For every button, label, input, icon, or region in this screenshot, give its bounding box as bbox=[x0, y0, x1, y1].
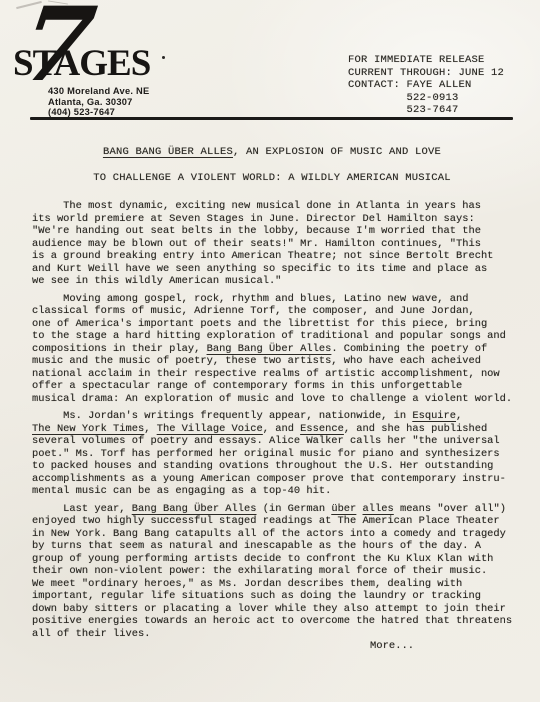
text-segment: their own non-violent power: the exhilar… bbox=[32, 565, 487, 577]
text-segment: to the stage a hard hitting exploration … bbox=[32, 330, 506, 342]
text-line: audience may be blown out of their seats… bbox=[32, 238, 512, 251]
underlined-text: Esquire bbox=[412, 410, 456, 422]
text-line: classical forms of music, Adrienne Torf,… bbox=[32, 305, 512, 318]
text-segment: several volumes of poetry and essays. Al… bbox=[32, 435, 500, 447]
text-line: accomplishments as a young American comp… bbox=[32, 473, 512, 486]
text-segment: in New York. Bang Bang catapults all of … bbox=[32, 528, 506, 540]
text-segment: Last year, bbox=[32, 503, 132, 515]
text-segment: national acclaim in their respective rea… bbox=[32, 368, 500, 380]
text-line: The New York Times, The Village Voice, a… bbox=[32, 423, 512, 436]
headline: BANG BANG ÜBER ALLES, AN EXPLOSION OF MU… bbox=[32, 139, 512, 191]
underlined-text: The New York Times bbox=[32, 423, 144, 435]
underlined-text: Bang Bang Über Alles bbox=[207, 343, 332, 355]
text-line: in New York. Bang Bang catapults all of … bbox=[32, 528, 512, 541]
text-line: compositions in their play, Bang Bang Üb… bbox=[32, 343, 512, 356]
text-segment: TO CHALLENGE A VIOLENT WORLD: A WILDLY A… bbox=[93, 172, 451, 184]
text-line: their own non-violent power: the exhilar… bbox=[32, 565, 512, 578]
text-segment: , bbox=[144, 423, 156, 435]
text-segment: , and bbox=[263, 423, 300, 435]
text-segment: 523-7647 bbox=[348, 104, 459, 116]
text-segment: down baby sitters or placating a lover w… bbox=[32, 603, 506, 615]
text-line: all of their lives. bbox=[32, 628, 512, 641]
text-line: Atlanta, Ga. 30307 bbox=[48, 97, 149, 108]
text-line: mental music can be as engaging as a top… bbox=[32, 485, 512, 498]
paragraph: Ms. Jordan's writings frequently appear,… bbox=[32, 410, 512, 498]
text-segment: musical drama: An exploration of music a… bbox=[32, 393, 512, 405]
text-segment: poet." Ms. Torf has performed her origin… bbox=[32, 448, 500, 460]
text-line: Ms. Jordan's writings frequently appear,… bbox=[32, 410, 512, 423]
text-line: "We're handing out seat belts in the lob… bbox=[32, 225, 512, 238]
text-line: Last year, Bang Bang Über Alles (in Germ… bbox=[32, 503, 512, 516]
press-release-page: 7 STAGES 430 Moreland Ave. NEAtlanta, Ga… bbox=[0, 0, 540, 702]
text-segment: compositions in their play, bbox=[32, 343, 207, 355]
text-line: TO CHALLENGE A VIOLENT WORLD: A WILDLY A… bbox=[32, 165, 512, 191]
text-segment: positive energies towards an heroic act … bbox=[32, 615, 512, 627]
text-line: enjoyed two highly successful staged rea… bbox=[32, 515, 512, 528]
underlined-text: Essence bbox=[300, 423, 344, 435]
underlined-text: BANG BANG ÜBER ALLES bbox=[103, 146, 233, 158]
text-line: positive energies towards an heroic act … bbox=[32, 615, 512, 628]
text-segment: We meet "ordinary heroes," as Ms. Jordan… bbox=[32, 578, 462, 590]
underlined-text: alles bbox=[363, 503, 394, 515]
text-segment: its world premiere at Seven Stages in Ju… bbox=[32, 213, 475, 225]
text-line: CONTACT: FAYE ALLEN bbox=[348, 79, 504, 92]
text-segment: important, regular life situations such … bbox=[32, 590, 481, 602]
text-segment: we see in this wildly American musical." bbox=[32, 275, 281, 287]
logo-dot bbox=[162, 56, 165, 59]
text-line: by turns that seem as natural and inesca… bbox=[32, 540, 512, 553]
text-line: We meet "ordinary heroes," as Ms. Jordan… bbox=[32, 578, 512, 591]
text-segment: , bbox=[456, 410, 462, 422]
text-segment: CONTACT: FAYE ALLEN bbox=[348, 79, 472, 91]
text-segment: (404) 523-7647 bbox=[48, 107, 115, 117]
underlined-text: über bbox=[331, 503, 356, 515]
text-line: several volumes of poetry and essays. Al… bbox=[32, 435, 512, 448]
text-segment: music and the music of poetry, these two… bbox=[32, 355, 481, 367]
underlined-text: Bang Bang Über Alles bbox=[132, 503, 257, 515]
text-segment: by turns that seem as natural and inesca… bbox=[32, 540, 481, 552]
header-divider bbox=[30, 117, 513, 120]
text-segment: is a ground breaking entry into American… bbox=[32, 250, 493, 262]
text-line: Moving among gospel, rock, rhythm and bl… bbox=[32, 293, 512, 306]
text-segment: The most dynamic, exciting new musical d… bbox=[32, 200, 481, 212]
text-line: 430 Moreland Ave. NE bbox=[48, 86, 149, 97]
text-segment: and Kurt Weill have we seen anything so … bbox=[32, 263, 487, 275]
text-segment: one of America's important poets and the… bbox=[32, 318, 487, 330]
text-line: musical drama: An exploration of music a… bbox=[32, 393, 512, 406]
text-segment: . Combining the poetry of bbox=[331, 343, 487, 355]
text-line: to the stage a hard hitting exploration … bbox=[32, 330, 512, 343]
text-segment: Ms. Jordan's writings frequently appear,… bbox=[32, 410, 412, 422]
text-segment: 522-0913 bbox=[348, 92, 459, 104]
text-segment: to packed houses and standing ovations t… bbox=[32, 460, 493, 472]
text-line: FOR IMMEDIATE RELEASE bbox=[348, 54, 504, 67]
text-line: BANG BANG ÜBER ALLES, AN EXPLOSION OF MU… bbox=[32, 139, 512, 165]
text-segment: mental music can be as engaging as a top… bbox=[32, 485, 331, 497]
text-segment: Moving among gospel, rock, rhythm and bl… bbox=[32, 293, 468, 305]
text-line: we see in this wildly American musical." bbox=[32, 275, 512, 288]
paragraph: Last year, Bang Bang Über Alles (in Germ… bbox=[32, 503, 512, 641]
text-line: 522-0913 bbox=[348, 92, 504, 105]
text-segment: group of young performing artists decide… bbox=[32, 553, 493, 565]
text-line: poet." Ms. Torf has performed her origin… bbox=[32, 448, 512, 461]
text-segment: accomplishments as a young American comp… bbox=[32, 473, 506, 485]
text-line: is a ground breaking entry into American… bbox=[32, 250, 512, 263]
text-line: to packed houses and standing ovations t… bbox=[32, 460, 512, 473]
underlined-text: The Village Voice bbox=[157, 423, 263, 435]
text-line: its world premiere at Seven Stages in Ju… bbox=[32, 213, 512, 226]
text-segment: Atlanta, Ga. 30307 bbox=[48, 97, 133, 107]
text-segment: offer a spectacular range of contemporar… bbox=[32, 380, 462, 392]
paragraph: The most dynamic, exciting new musical d… bbox=[32, 200, 512, 288]
text-line: music and the music of poetry, these two… bbox=[32, 355, 512, 368]
text-line: CURRENT THROUGH: JUNE 12 bbox=[348, 67, 504, 80]
text-segment: audience may be blown out of their seats… bbox=[32, 238, 481, 250]
text-line: important, regular life situations such … bbox=[32, 590, 512, 603]
text-line: The most dynamic, exciting new musical d… bbox=[32, 200, 512, 213]
text-segment: , AN EXPLOSION OF MUSIC AND LOVE bbox=[233, 146, 441, 158]
text-segment: means "over all") bbox=[394, 503, 506, 515]
text-segment: enjoyed two highly successful staged rea… bbox=[32, 515, 500, 527]
text-segment: (in German bbox=[257, 503, 332, 515]
text-line: group of young performing artists decide… bbox=[32, 553, 512, 566]
release-info: FOR IMMEDIATE RELEASECURRENT THROUGH: JU… bbox=[348, 54, 504, 117]
text-segment: CURRENT THROUGH: JUNE 12 bbox=[348, 67, 504, 79]
text-segment: , and she has published bbox=[344, 423, 487, 435]
text-line: national acclaim in their respective rea… bbox=[32, 368, 512, 381]
text-segment: FOR IMMEDIATE RELEASE bbox=[348, 54, 485, 66]
text-segment: "We're handing out seat belts in the lob… bbox=[32, 225, 481, 237]
text-line: and Kurt Weill have we seen anything so … bbox=[32, 263, 512, 276]
text-line: 523-7647 bbox=[348, 104, 504, 117]
more-indicator: More... bbox=[370, 640, 414, 652]
paragraph: Moving among gospel, rock, rhythm and bl… bbox=[32, 293, 512, 406]
text-line: offer a spectacular range of contemporar… bbox=[32, 380, 512, 393]
text-segment: classical forms of music, Adrienne Torf,… bbox=[32, 305, 475, 317]
text-segment: all of their lives. bbox=[32, 628, 150, 640]
body-paragraphs: The most dynamic, exciting new musical d… bbox=[32, 200, 512, 645]
logo-wordmark: STAGES bbox=[13, 45, 150, 82]
text-segment: 430 Moreland Ave. NE bbox=[48, 86, 149, 96]
logo-address: 430 Moreland Ave. NEAtlanta, Ga. 30307(4… bbox=[48, 86, 149, 118]
text-line: one of America's important poets and the… bbox=[32, 318, 512, 331]
text-line: down baby sitters or placating a lover w… bbox=[32, 603, 512, 616]
